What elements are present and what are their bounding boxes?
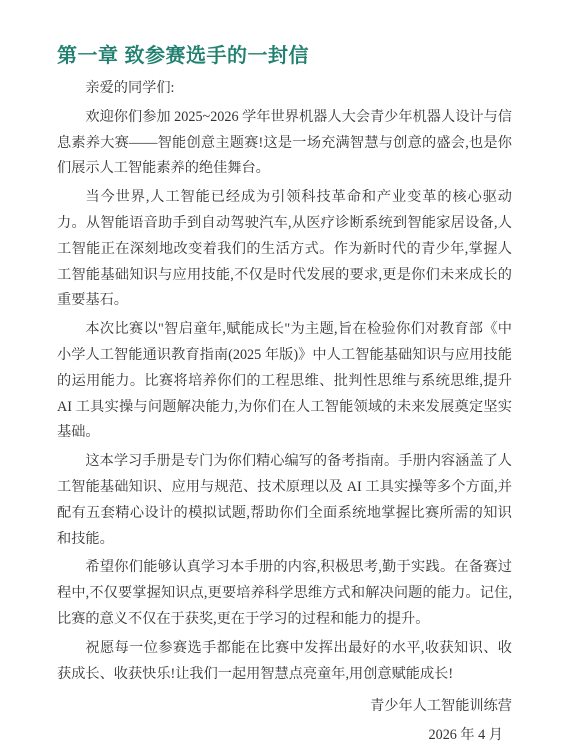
paragraph-hope: 希望你们能够认真学习本手册的内容,积极思考,勤于实践。在备赛过程中,不仅要掌握知… <box>57 555 512 632</box>
salutation: 亲爱的同学们: <box>57 76 512 102</box>
paragraph-wishes: 祝愿每一位参赛选手都能在比赛中发挥出最好的水平,收获知识、收获成长、收获快乐!让… <box>57 636 512 688</box>
paragraph-welcome: 欢迎你们参加 2025~2026 学年世界机器人大会青少年机器人设计与信息素养大… <box>57 105 512 182</box>
signature-date: 2026 年 4 月 <box>57 723 512 749</box>
chapter-title: 第一章 致参赛选手的一封信 <box>57 44 512 68</box>
paragraph-competition-theme: 本次比赛以"智启童年,赋能成长"为主题,旨在检验你们对教育部《中小学人工智能通识… <box>57 317 512 446</box>
signature: 青少年人工智能训练营 <box>57 694 512 720</box>
paragraph-handbook: 这本学习手册是专门为你们精心编写的备考指南。手册内容涵盖了人工智能基础知识、应用… <box>57 449 512 552</box>
document-page: 第一章 致参赛选手的一封信 亲爱的同学们: 欢迎你们参加 2025~2026 学… <box>57 44 512 750</box>
paragraph-ai-world: 当今世界,人工智能已经成为引领科技革命和产业变革的核心驱动力。从智能语音助手到自… <box>57 185 512 314</box>
